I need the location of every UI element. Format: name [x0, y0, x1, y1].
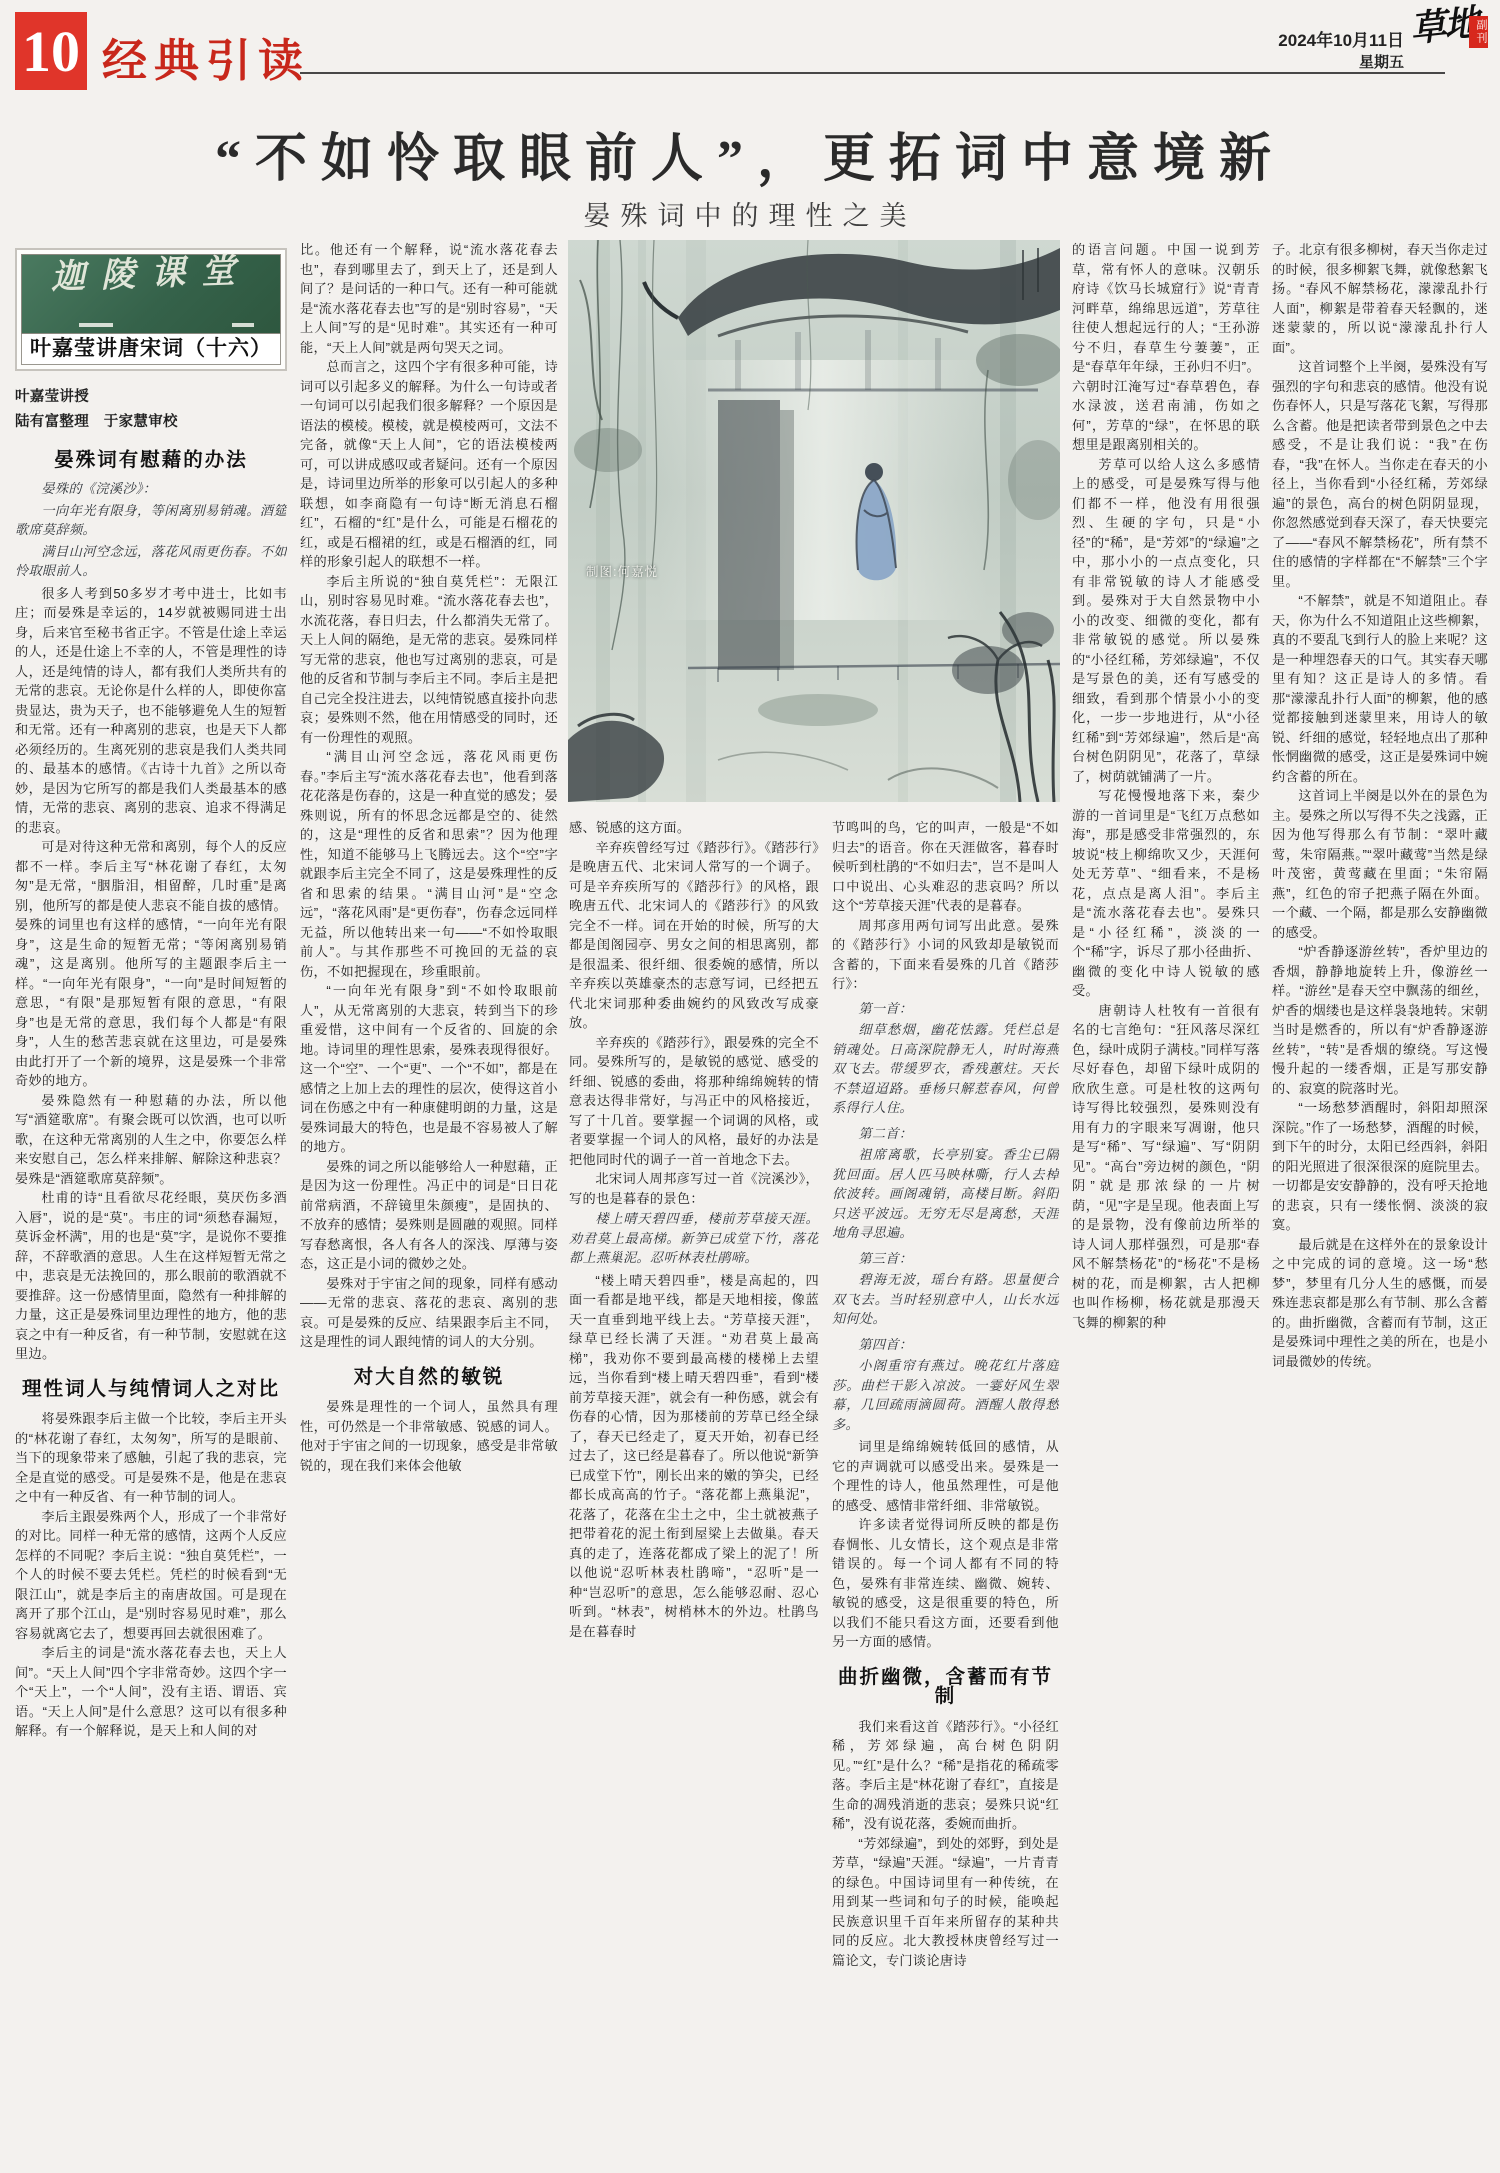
ink-painting-illustration: 制图:何嘉悦 — [568, 240, 1060, 802]
paragraph: 写花慢慢地落下来，秦少游的一首词里是“飞红万点愁如海”，那是感受非常强烈的，东坡… — [1072, 786, 1260, 1001]
paragraph: 这首词上半阕是以外在的景色为主。晏殊之所以写得不失之浅露，正因为他写得那么有节制… — [1272, 786, 1488, 942]
blackboard-calligraphy: 迦陵课堂 — [22, 261, 281, 289]
paragraph: 将晏殊跟李后主做一个比较，李后主开头的“林花谢了春红，太匆匆”，所写的是眼前、当… — [15, 1409, 287, 1507]
paragraph: 李后主跟晏殊两个人，形成了一个非常好的对比。同样一种无常的感情，这两个人反应怎样… — [15, 1507, 287, 1644]
paragraph: 杜甫的诗“且看欲尽花经眼，莫厌伤多酒入唇”，说的是“莫”。韦庄的词“须愁春漏短，… — [15, 1188, 287, 1364]
paragraph: 可是对待这种无常和离别，每个人的反应都不一样。李后主写“林花谢了春红，太匆匆”是… — [15, 837, 287, 1091]
paragraph: 北宋词人周邦彦写过一首《浣溪沙》，写的也是暮春的景色： — [569, 1169, 819, 1208]
paragraph: “楼上晴天碧四垂”，楼是高起的，四面一看都是地平线，都是天地相接，像蓝天一直垂到… — [569, 1271, 819, 1642]
weekday: 星期五 — [1278, 52, 1404, 74]
ink-painting — [568, 240, 1060, 802]
paragraph: 我们来看这首《踏莎行》。“小径红稀，芳郊绿遍，高台树色阴阴见。”“红”是什么？“… — [832, 1717, 1059, 1834]
paragraph: 辛弃疾的《踏莎行》，跟晏殊的完全不同。晏殊所写的，是敏锐的感觉、感受的纤细、锐感… — [569, 1033, 819, 1170]
poem-label: 第三首： — [832, 1250, 1059, 1270]
paragraph: “满目山河空念远，落花风雨更伤春。”李后主写“流水落花春去也”，他看到落花花落是… — [300, 747, 558, 981]
lecture-series-title: 叶嘉莹讲唐宋词（十六） — [21, 334, 281, 365]
chalk-piece — [79, 323, 113, 327]
column-2: 比。他还有一个解释，说“流水落花春去也”，春到哪里去了，到天上了，还是到人间了？… — [300, 240, 558, 2118]
paragraph: 比。他还有一个解释，说“流水落花春去也”，春到哪里去了，到天上了，还是到人间了？… — [300, 240, 558, 357]
header-rule — [300, 72, 1445, 74]
paragraph: 李后主所说的“独自莫凭栏”：无限江山，别时容易见时难。“流水落花春去也”，水流花… — [300, 572, 558, 748]
masthead-supplement-badge: 副刊 — [1469, 16, 1488, 48]
poem-quote: 小阁重帘有燕过。晚花红片落庭莎。曲栏干影入凉波。一霎好风生翠幕，几回疏雨滴圆荷。… — [832, 1357, 1059, 1435]
section-heading: 理性词人与纯情词人之对比 — [15, 1380, 287, 1400]
column-1: 迦陵课堂 叶嘉莹讲唐宋词（十六） 叶嘉莹讲授 陆有富整理 于家慧审校 晏殊词有慰… — [15, 248, 287, 2118]
poem-quote: 碧海无波，瑶台有路。思量便合双飞去。当时轻别意中人，山长水远知何处。 — [832, 1271, 1059, 1330]
poem-intro: 晏殊的《浣溪沙》： — [15, 480, 287, 500]
byline-lecturer: 叶嘉莹讲授 — [15, 385, 287, 410]
paragraph: “炉香静逐游丝转”，香炉里边的香烟，静静地旋转上升，像游丝一样。“游丝”是春天空… — [1272, 942, 1488, 1098]
main-headline: “不如怜取眼前人”，更拓词中意境新 — [0, 116, 1500, 191]
column-1-text: 晏殊词有慰藉的办法晏殊的《浣溪沙》：一向年光有限身，等闲离别易销魂。酒筵歌席莫辞… — [15, 451, 287, 1741]
page-number: 10 — [22, 18, 80, 85]
paragraph: 节鸣叫的鸟，它的叫声，一般是“不如归去”的语音。你在天涯做客，暮春时候听到杜鹃的… — [832, 818, 1059, 916]
column-6: 子。北京有很多柳树，春天当你走过的时候，很多柳絮飞舞，就像愁絮飞扬。“春风不解禁… — [1272, 240, 1488, 2118]
poem-quote: 满目山河空念远，落花风雨更伤春。不如怜取眼前人。 — [15, 543, 287, 582]
paragraph: 许多读者觉得词所反映的都是伤春惆怅、儿女情长，这个观点是非常错误的。每一个词人都… — [832, 1515, 1059, 1652]
masthead-logo: 草地 副刊 — [1410, 6, 1490, 76]
date: 2024年10月11日 — [1278, 30, 1404, 52]
page-number-box: 10 — [15, 12, 87, 90]
poem-quote: 楼上晴天碧四垂，楼前芳草接天涯。劝君莫上最高梯。新笋已成堂下竹，落花都上燕巢泥。… — [569, 1210, 819, 1269]
newspaper-page: 10 经典引读 2024年10月11日 星期五 草地 副刊 “不如怜取眼前人”，… — [0, 0, 1500, 2173]
lecture-series-box: 迦陵课堂 叶嘉莹讲唐宋词（十六） — [15, 248, 287, 371]
section-heading: 晏殊词有慰藉的办法 — [15, 451, 287, 471]
poem-quote: 一向年光有限身，等闲离别易销魂。酒筵歌席莫辞频。 — [15, 502, 287, 541]
paragraph: 芳草可以给人这么多感情上的感受，可是晏殊写得与他们都不一样，他没有用很强烈、生硬… — [1072, 455, 1260, 787]
poem-label: 第四首： — [832, 1336, 1059, 1356]
chalk-piece — [232, 323, 254, 327]
paragraph: 最后就是在这样外在的景象设计之中完成的词的意境。这一场“愁梦”，梦里有几分人生的… — [1272, 1235, 1488, 1372]
paragraph: 很多人考到50多岁才考中进士，比如韦庄；而晏殊是幸运的，14岁就被赐同进士出身，… — [15, 584, 287, 838]
poem-quote: 祖席离歌，长亭别宴。香尘已隔犹回面。居人匹马映林嘶，行人去棹依波转。画阁魂销，高… — [832, 1146, 1059, 1244]
paragraph: 总而言之，这四个字有很多种可能，诗词可以引起多义的解释。为什么一句诗或者一句词可… — [300, 357, 558, 572]
column-4: 节鸣叫的鸟，它的叫声，一般是“不如归去”的语音。你在天涯做客，暮春时候听到杜鹃的… — [832, 818, 1059, 2118]
paragraph: 唐朝诗人杜牧有一首很有名的七言绝句：“狂风落尽深红色，绿叶成阴子满枝。”同样写落… — [1072, 1001, 1260, 1333]
section-heading: 对大自然的敏锐 — [300, 1368, 558, 1388]
sub-headline: 晏殊词中的理性之美 — [0, 194, 1500, 233]
paragraph: 李后主的词是“流水落花春去也，天上人间”。“天上人间”四个字非常奇妙。这四个字一… — [15, 1643, 287, 1741]
paragraph: 词里是绵绵婉转低回的感情，从它的声调就可以感受出来。晏殊是一个理性的诗人，他虽然… — [832, 1437, 1059, 1515]
paragraph: 周邦彦用两句词写出此意。晏殊的《踏莎行》小词的风致却是敏锐而含蓄的，下面来看晏殊… — [832, 916, 1059, 994]
column-5: 的语言问题。中国一说到芳草，常有怀人的意味。汉朝乐府诗《饮马长城窟行》说“青青河… — [1072, 240, 1260, 2118]
paragraph: “不解禁”，就是不知道阻止。春天，你为什么不知道阻止这些柳絮，真的不要乱飞到行人… — [1272, 591, 1488, 786]
paragraph: 这首词整个上半阕，晏殊没有写强烈的字句和悲哀的感情。他没有说伤春怀人，只是写落花… — [1272, 357, 1488, 591]
section-title: 经典引读 — [102, 24, 310, 89]
poem-label: 第二首： — [832, 1125, 1059, 1145]
blackboard-image: 迦陵课堂 — [21, 254, 281, 334]
paragraph: “一向年光有限身”到“不如怜取眼前人”，从无常离别的大悲哀，转到当下的珍重爱惜，… — [300, 981, 558, 1157]
section-heading: 曲折幽微，含蓄而有节制 — [832, 1668, 1059, 1707]
paragraph: “芳郊绿遍”，到处的郊野，到处是芳草，“绿遍”天涯。“绿遍”，一片青青的绿色。中… — [832, 1834, 1059, 1971]
byline-editors: 陆有富整理 于家慧审校 — [15, 410, 287, 435]
paragraph: 子。北京有很多柳树，春天当你走过的时候，很多柳絮飞舞，就像愁絮飞扬。“春风不解禁… — [1272, 240, 1488, 357]
paragraph: 晏殊是理性的一个词人，虽然具有理性，可仍然是一个非常敏感、锐感的词人。他对于宇宙… — [300, 1397, 558, 1475]
paragraph: “一场愁梦酒醒时，斜阳却照深深院。”作了一场愁梦，酒醒的时候，到下午的时分，太阳… — [1272, 1098, 1488, 1235]
poem-label: 第一首： — [832, 1000, 1059, 1020]
paragraph: 的语言问题。中国一说到芳草，常有怀人的意味。汉朝乐府诗《饮马长城窟行》说“青青河… — [1072, 240, 1260, 455]
paragraph: 晏殊对于宇宙之间的现象，同样有感动——无常的悲哀、落花的悲哀、离别的悲哀。可是晏… — [300, 1274, 558, 1352]
paragraph: 晏殊的词之所以能够给人一种慰藉，正是因为这一份理性。冯正中的词是“日日花前常病酒… — [300, 1157, 558, 1274]
poem-quote: 细草愁烟，幽花怯露。凭栏总是销魂处。日高深院静无人，时时海燕双飞去。带缓罗衣，香… — [832, 1021, 1059, 1119]
paragraph: 感、锐感的这方面。 — [569, 818, 819, 838]
paragraph: 辛弃疾曾经写过《踏莎行》。《踏莎行》是晚唐五代、北宋词人常写的一个调子。可是辛弃… — [569, 838, 819, 1033]
illustration-caption: 制图:何嘉悦 — [586, 562, 658, 580]
date-block: 2024年10月11日 星期五 — [1278, 30, 1404, 74]
paragraph: 晏殊隐然有一种慰藉的办法，所以他写“酒筵歌席”。有聚会既可以饮酒，也可以听歌，在… — [15, 1091, 287, 1189]
column-3: 感、锐感的这方面。辛弃疾曾经写过《踏莎行》。《踏莎行》是晚唐五代、北宋词人常写的… — [569, 818, 819, 2118]
